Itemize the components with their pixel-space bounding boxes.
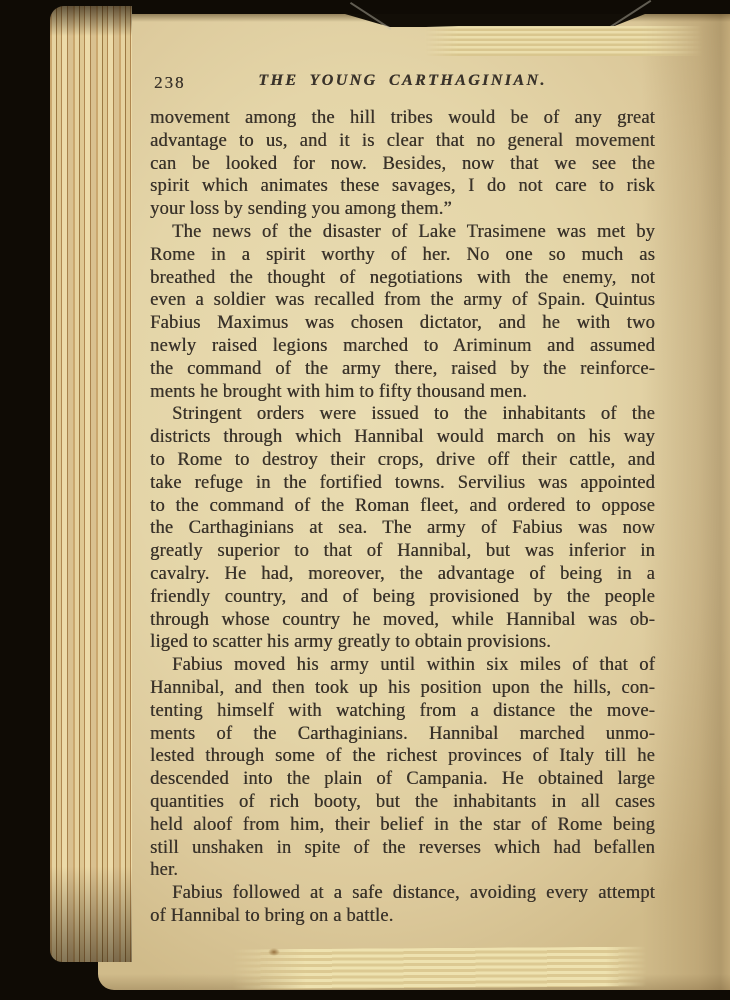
page-number: 238 <box>154 73 186 93</box>
text-line: friendly country, and of being provision… <box>150 586 655 609</box>
text-line: of Hannibal to bring on a battle. <box>150 905 655 928</box>
text-line: Rome in a spirit worthy of her. No one s… <box>150 244 655 267</box>
text-line: districts through which Hannibal would m… <box>150 426 655 449</box>
text-line: ments of the Carthaginians. Hannibal mar… <box>150 723 655 746</box>
text-line: lested through some of the richest provi… <box>150 745 655 768</box>
text-line: movement among the hill tribes would be … <box>150 107 655 130</box>
text-line: Fabius Maximus was chosen dictator, and … <box>150 312 655 335</box>
running-title: THE YOUNG CARTHAGINIAN. <box>150 72 655 90</box>
text-line: to the command of the Roman fleet, and o… <box>150 495 655 518</box>
book-photo: 238 THE YOUNG CARTHAGINIAN. movement amo… <box>0 0 730 1000</box>
text-line: held aloof from him, their belief in the… <box>150 814 655 837</box>
text-line: Fabius followed at a safe distance, avoi… <box>150 882 655 905</box>
page-text: movement among the hill tribes would be … <box>150 107 655 928</box>
text-line: ments he brought with him to fifty thous… <box>150 381 655 404</box>
page-header: 238 THE YOUNG CARTHAGINIAN. <box>150 72 655 94</box>
text-line: quantities of rich booty, but the inhabi… <box>150 791 655 814</box>
text-line: Hannibal, and then took up his position … <box>150 677 655 700</box>
text-line: cavalry. He had, moreover, the advantage… <box>150 563 655 586</box>
text-line: can be looked for now. Besides, now that… <box>150 153 655 176</box>
paper-stain <box>268 948 280 956</box>
text-line: advantage to us, and it is clear that no… <box>150 130 655 153</box>
text-line: tenting himself with watching from a dis… <box>150 700 655 723</box>
text-line: The news of the disaster of Lake Trasime… <box>150 221 655 244</box>
text-line: the command of the army there, raised by… <box>150 358 655 381</box>
text-line: Stringent orders were issued to the inha… <box>150 403 655 426</box>
text-line: descended into the plain of Campania. He… <box>150 768 655 791</box>
text-line: to Rome to destroy their crops, drive of… <box>150 449 655 472</box>
page-top-edges <box>425 26 703 56</box>
text-line: take refuge in the fortified towns. Serv… <box>150 472 655 495</box>
page-stack-left <box>50 6 132 962</box>
page-content: 238 THE YOUNG CARTHAGINIAN. movement amo… <box>150 72 655 928</box>
page-bottom-edges <box>232 947 647 990</box>
text-line: greatly superior to that of Hannibal, bu… <box>150 540 655 563</box>
text-line: breathed the thought of negotiations wit… <box>150 267 655 290</box>
text-line: even a soldier was recalled from the arm… <box>150 289 655 312</box>
book-page: 238 THE YOUNG CARTHAGINIAN. movement amo… <box>98 14 730 990</box>
text-line: the Carthaginians at sea. The army of Fa… <box>150 517 655 540</box>
text-line: Fabius moved his army until within six m… <box>150 654 655 677</box>
text-line: newly raised legions marched to Ariminum… <box>150 335 655 358</box>
text-line: her. <box>150 859 655 882</box>
text-line: liged to scatter his army greatly to obt… <box>150 631 655 654</box>
text-line: still unshaken in spite of the reverses … <box>150 837 655 860</box>
text-line: through whose country he moved, while Ha… <box>150 609 655 632</box>
text-line: spirit which animates these savages, I d… <box>150 175 655 198</box>
text-line: your loss by sending you among them.” <box>150 198 655 221</box>
